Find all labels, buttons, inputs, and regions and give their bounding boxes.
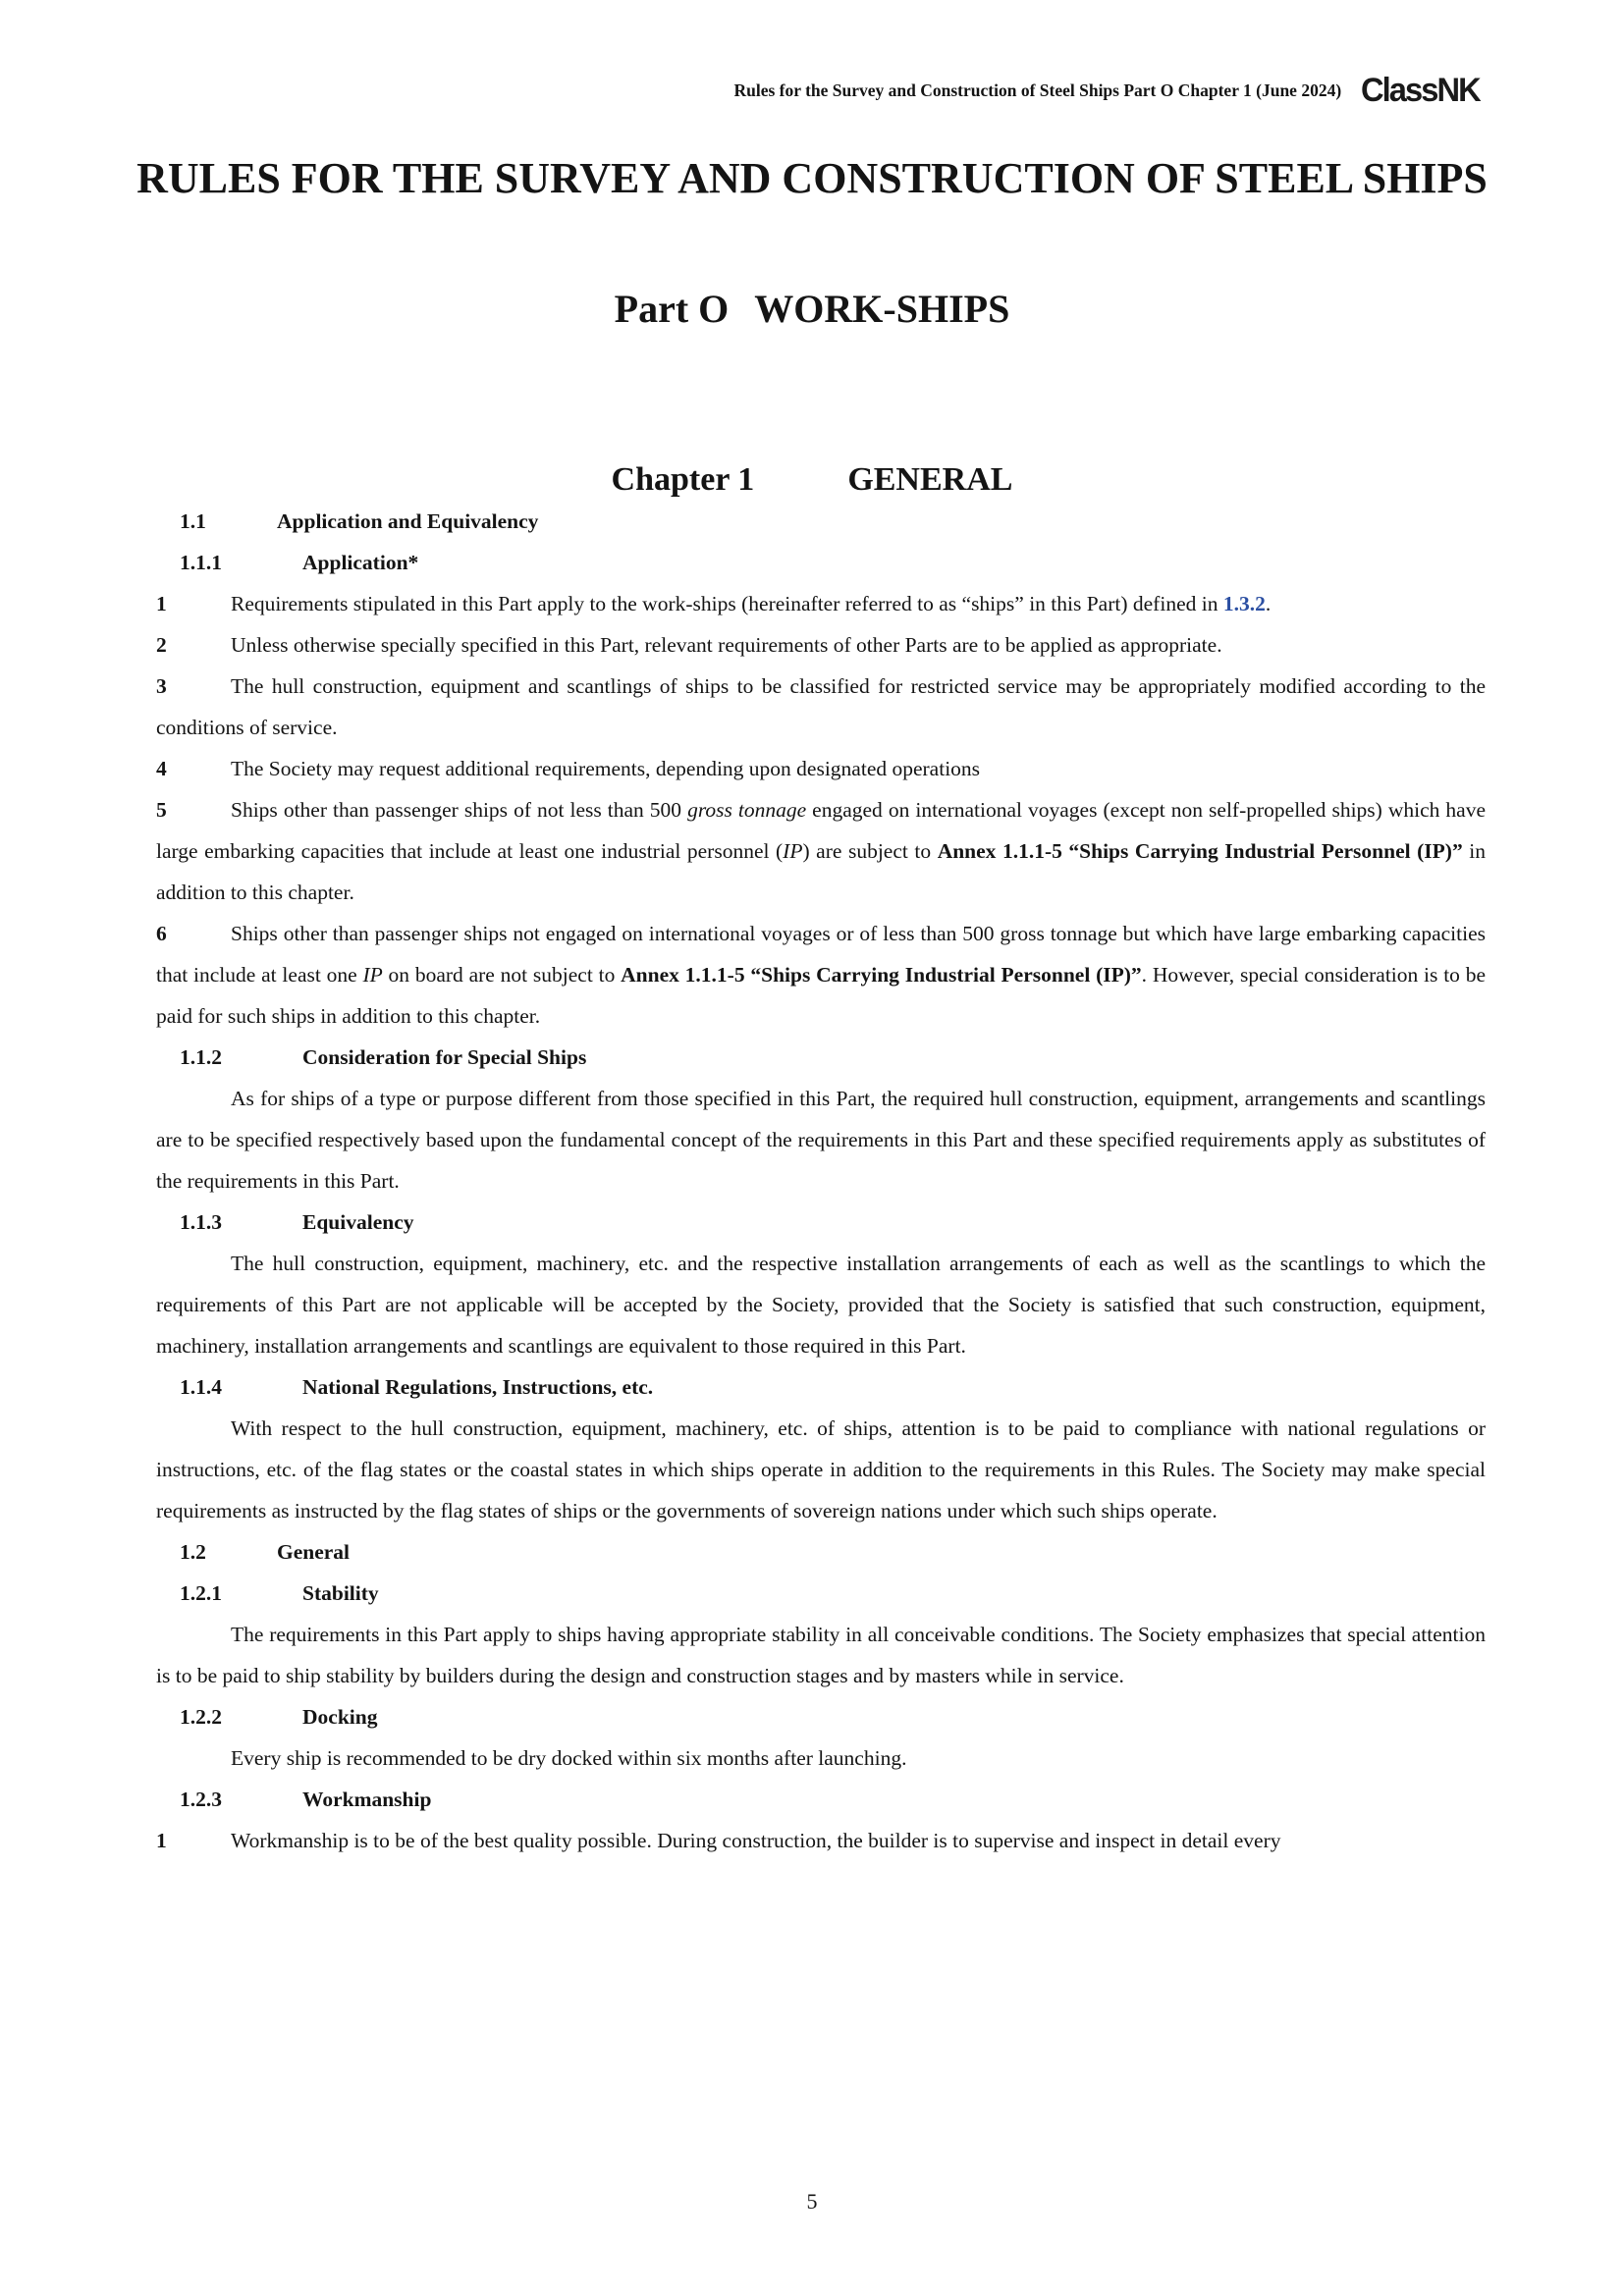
item-number: 1 xyxy=(156,1820,231,1861)
page-number: 5 xyxy=(0,2189,1624,2215)
subsection-number: 1.1.2 xyxy=(180,1037,302,1078)
paragraph-1-2-2: Every ship is recommended to be dry dock… xyxy=(156,1737,1486,1779)
page-header: Rules for the Survey and Construction of… xyxy=(0,0,1624,108)
subsection-number: 1.1.3 xyxy=(180,1201,302,1243)
paragraph-1-1-4: With respect to the hull construction, e… xyxy=(156,1408,1486,1531)
subsection-heading-1-2-3: 1.2.3Workmanship xyxy=(156,1779,1486,1820)
item-number: 1 xyxy=(156,583,231,624)
document-page: Rules for the Survey and Construction of… xyxy=(0,0,1624,2296)
paragraph-1-2-1: The requirements in this Part apply to s… xyxy=(156,1614,1486,1696)
subsection-number: 1.1.4 xyxy=(180,1366,302,1408)
item-text: Requirements stipulated in this Part app… xyxy=(231,592,1223,615)
item-text-bold: Annex 1.1.1-5 “Ships Carrying Industrial… xyxy=(938,839,1463,863)
subsection-number: 1.2.2 xyxy=(180,1696,302,1737)
item-text-bold: Annex 1.1.1-5 “Ships Carrying Industrial… xyxy=(621,963,1142,987)
subsection-number: 1.1.1 xyxy=(180,542,302,583)
item-text-italic: gross tonnage xyxy=(687,798,806,822)
item-number: 3 xyxy=(156,666,231,707)
item-text-italic: IP xyxy=(362,963,382,987)
numbered-item-7: 1Workmanship is to be of the best qualit… xyxy=(156,1820,1486,1861)
section-title: General xyxy=(277,1540,350,1564)
cross-reference-link-1-3-2[interactable]: 1.3.2 xyxy=(1223,592,1266,615)
subsection-heading-1-1-3: 1.1.3Equivalency xyxy=(156,1201,1486,1243)
item-text: ) are subject to xyxy=(802,839,937,863)
subsection-number: 1.2.1 xyxy=(180,1573,302,1614)
subsection-title: Consideration for Special Ships xyxy=(302,1045,586,1069)
item-text: The hull construction, equipment and sca… xyxy=(156,674,1486,739)
chapter-title: Chapter 1GENERAL xyxy=(0,459,1624,501)
subsection-title: Equivalency xyxy=(302,1210,414,1234)
subsection-title: Application* xyxy=(302,551,418,574)
subsection-title: Workmanship xyxy=(302,1788,431,1811)
numbered-item-5: 5Ships other than passenger ships of not… xyxy=(156,789,1486,913)
chapter-name: GENERAL xyxy=(847,461,1012,498)
subsection-heading-1-1-2: 1.1.2Consideration for Special Ships xyxy=(156,1037,1486,1078)
running-header-title: Rules for the Survey and Construction of… xyxy=(733,80,1341,101)
subsection-title: Docking xyxy=(302,1705,377,1729)
item-text: Unless otherwise specially specified in … xyxy=(231,633,1222,657)
section-heading-1-1: 1.1Application and Equivalency xyxy=(156,501,1486,542)
item-text: The Society may request additional requi… xyxy=(231,757,980,780)
paragraph-1-1-3: The hull construction, equipment, machin… xyxy=(156,1243,1486,1366)
item-number: 4 xyxy=(156,748,231,789)
subsection-heading-1-2-1: 1.2.1Stability xyxy=(156,1573,1486,1614)
item-number: 5 xyxy=(156,789,231,830)
chapter-label: Chapter 1 xyxy=(612,461,755,498)
section-number: 1.1 xyxy=(180,501,277,542)
document-title: RULES FOR THE SURVEY AND CONSTRUCTION OF… xyxy=(0,155,1624,202)
numbered-item-1: 1Requirements stipulated in this Part ap… xyxy=(156,583,1486,624)
item-number: 6 xyxy=(156,913,231,954)
numbered-item-6: 6Ships other than passenger ships not en… xyxy=(156,913,1486,1037)
subsection-heading-1-1-1: 1.1.1Application* xyxy=(156,542,1486,583)
item-text: Workmanship is to be of the best quality… xyxy=(231,1829,1280,1852)
numbered-item-4: 4The Society may request additional requ… xyxy=(156,748,1486,789)
subsection-number: 1.2.3 xyxy=(180,1779,302,1820)
part-name: WORK-SHIPS xyxy=(754,287,1009,331)
subsection-heading-1-2-2: 1.2.2Docking xyxy=(156,1696,1486,1737)
item-text-italic: IP xyxy=(783,839,802,863)
subsection-title: National Regulations, Instructions, etc. xyxy=(302,1375,653,1399)
numbered-item-3: 3The hull construction, equipment and sc… xyxy=(156,666,1486,748)
part-title: Part OWORK-SHIPS xyxy=(0,287,1624,332)
item-number: 2 xyxy=(156,624,231,666)
numbered-item-2: 2Unless otherwise specially specified in… xyxy=(156,624,1486,666)
subsection-title: Stability xyxy=(302,1581,379,1605)
item-text: Ships other than passenger ships of not … xyxy=(231,798,687,822)
section-title: Application and Equivalency xyxy=(277,509,538,533)
classnk-logo: ClassNK xyxy=(1361,72,1480,110)
item-text: . xyxy=(1266,592,1271,615)
item-text: on board are not subject to xyxy=(383,963,621,987)
section-number: 1.2 xyxy=(180,1531,277,1573)
document-body: 1.1Application and Equivalency 1.1.1Appl… xyxy=(156,501,1486,1861)
paragraph-1-1-2: As for ships of a type or purpose differ… xyxy=(156,1078,1486,1201)
subsection-heading-1-1-4: 1.1.4National Regulations, Instructions,… xyxy=(156,1366,1486,1408)
section-heading-1-2: 1.2General xyxy=(156,1531,1486,1573)
part-label: Part O xyxy=(615,287,730,331)
